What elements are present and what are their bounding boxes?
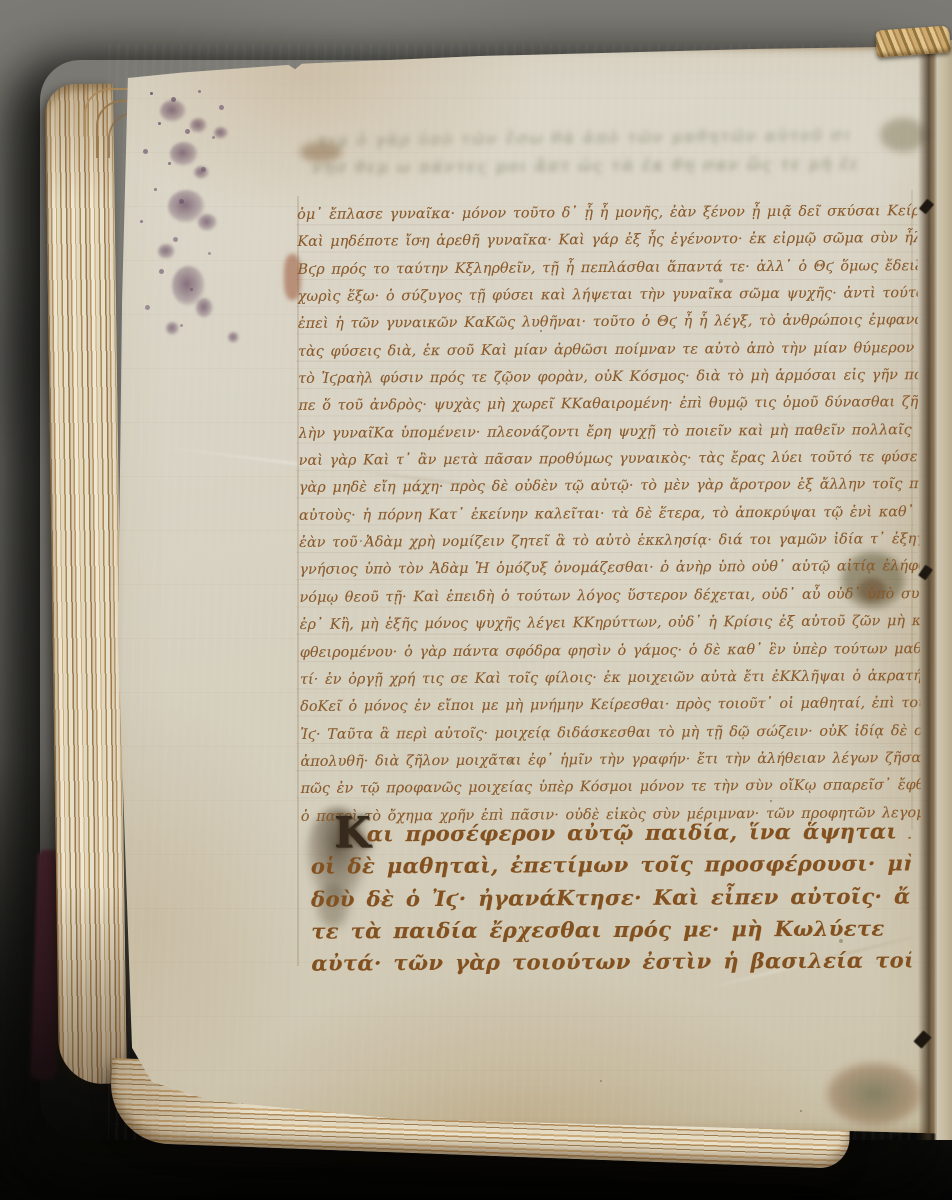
commentary-line: πε ὅ τοῦ ἀνδρὸς· ψυχὰς μὴ χωρεῖ ΚΚαθαιρο… bbox=[298, 390, 918, 421]
commentary-line: νόμῳ θεοῦ τῇ· Καὶ ἐπειδὴ ὁ τούτων λόγος … bbox=[299, 581, 919, 612]
headband-braid bbox=[875, 25, 951, 57]
commentary-line: Ἰϛ· Ταῦτα ἃ περὶ αὐτοῖς· μοιχείᾳ διδάσκε… bbox=[300, 718, 920, 749]
commentary-line: φθειρομένου· ὁ γὰρ πάντα σφόδρα φησὶν ὁ … bbox=[300, 636, 920, 667]
lemma-line: αι προσέφερον αὐτῷ παιδία, ἵνα ἅψηται Κα… bbox=[311, 815, 911, 850]
commentary-line: Βϛρ πρός το ταύτην Κξληρθεῖν, τῇ ἧ πεπλά… bbox=[297, 253, 917, 284]
commentary-line: ναὶ γὰρ Καὶ τ᾽ ἂν μετὰ πᾶσαν προθύμως γυ… bbox=[299, 444, 919, 475]
commentary-line: ἀπολυθῆ· διὰ ζῆλον μοιχᾶται ἐφ᾽ ἡμῖν τὴν… bbox=[300, 745, 920, 776]
ink-bleed-ghost-line: νησ θεμ ω πάντες μοι ἅπτ ὡς τὰ ἐκ θη σαν… bbox=[312, 154, 857, 177]
commentary-text-block: ὁμ᾽ ἔπλασε γυναῖκα· μόνον τοῦτο δ᾽ ᾗ ἧ μ… bbox=[297, 198, 921, 836]
commentary-line: ἐπεὶ ἡ τῶν γυναικῶν ΚαΚῶς λυθῆναι· τοῦτο… bbox=[298, 307, 918, 338]
lemma-line: δοὺ δὲ ὁ Ἰϛ· ἠγανάΚτησε· Καὶ εἶπεν αὐτοῖ… bbox=[311, 880, 911, 915]
commentary-line: γνήσιος ὑπὸ τὸν Ἀδὰμ Ἡ ὁμόζυξ ὀνομάζεσθα… bbox=[299, 554, 919, 585]
commentary-line: τί· ἐν ὀργῇ χρή τις σε Καὶ τοῖς φίλοις· … bbox=[300, 663, 920, 694]
commentary-line: γὰρ μηδὲ εἴη μάχη· πρὸς δὲ οὐδὲν τῷ αὐτῷ… bbox=[299, 472, 919, 503]
lemma-line: αὐτά· τῶν γὰρ τοιούτων ἐστὶν ἡ βασιλεία … bbox=[311, 945, 911, 980]
lemma-line: τε τὰ παιδία ἔρχεσθαι πρός με· μὴ Κωλύετ… bbox=[311, 912, 911, 947]
commentary-line: τὸ Ἰϛραὴλ φύσιν πρός τε ζῷον φορὰν, οὐΚ … bbox=[298, 362, 918, 393]
commentary-line: ὁμ᾽ ἔπλασε γυναῖκα· μόνον τοῦτο δ᾽ ᾗ ἧ μ… bbox=[297, 198, 917, 229]
commentary-line: χωρὶς ἕξω· ὁ σύζυγος τῇ φύσει καὶ λήψετα… bbox=[298, 280, 918, 311]
commentary-line: αὐτοὺς· ἡ πόρνη Κατ᾽ ἐκείνην καλεῖται· τ… bbox=[299, 499, 919, 530]
page-stack-left-edges bbox=[45, 84, 127, 1085]
commentary-line: Καὶ μηδέποτε ἴση ἀρεθῆ γυναῖκα· Καὶ γάρ … bbox=[297, 225, 917, 256]
lemma-text-block: αι προσέφερον αὐτῷ παιδία, ἵνα ἅψηται Κα… bbox=[311, 815, 912, 980]
commentary-line: λὴν γυναῖΚα ὑπομένειν· πλεονάζοντι ἔρη ψ… bbox=[298, 417, 918, 448]
commentary-line: ἐρ᾽ Κἢ, μὴ ἑξῆς μόνος ψυχῆς λέγει ΚΚηρύτ… bbox=[300, 608, 920, 639]
commentary-line: δοΚεῖ ὁ μόνος ἐν εἴποι με μὴ μνήμην Κείρ… bbox=[300, 690, 920, 721]
lemma-line: οἱ δὲ μαθηταὶ, ἐπετίμων τοῖς προσφέρουσι… bbox=[311, 848, 911, 883]
commentary-line: τὰς φύσεις διὰ, ἐκ σοῦ Καὶ μίαν ἀρθῶσι π… bbox=[298, 335, 918, 366]
commentary-line: πῶς ἐν τῷ προφανῶς μοιχείας ὑπὲρ Κόσμοι … bbox=[301, 772, 921, 803]
mold-spot-cluster bbox=[150, 92, 153, 95]
commentary-line: ἐὰν τοῦ Ἀδὰμ χρὴ νομίζειν ζητεῖ ἃ τὸ αὐτ… bbox=[299, 526, 919, 557]
manuscript-photograph: τιμ ὁ γὰρ ὑπὸ τῶν ἔσω θὰ ἀπὸ τῶν μαθητῶν… bbox=[0, 0, 952, 1200]
